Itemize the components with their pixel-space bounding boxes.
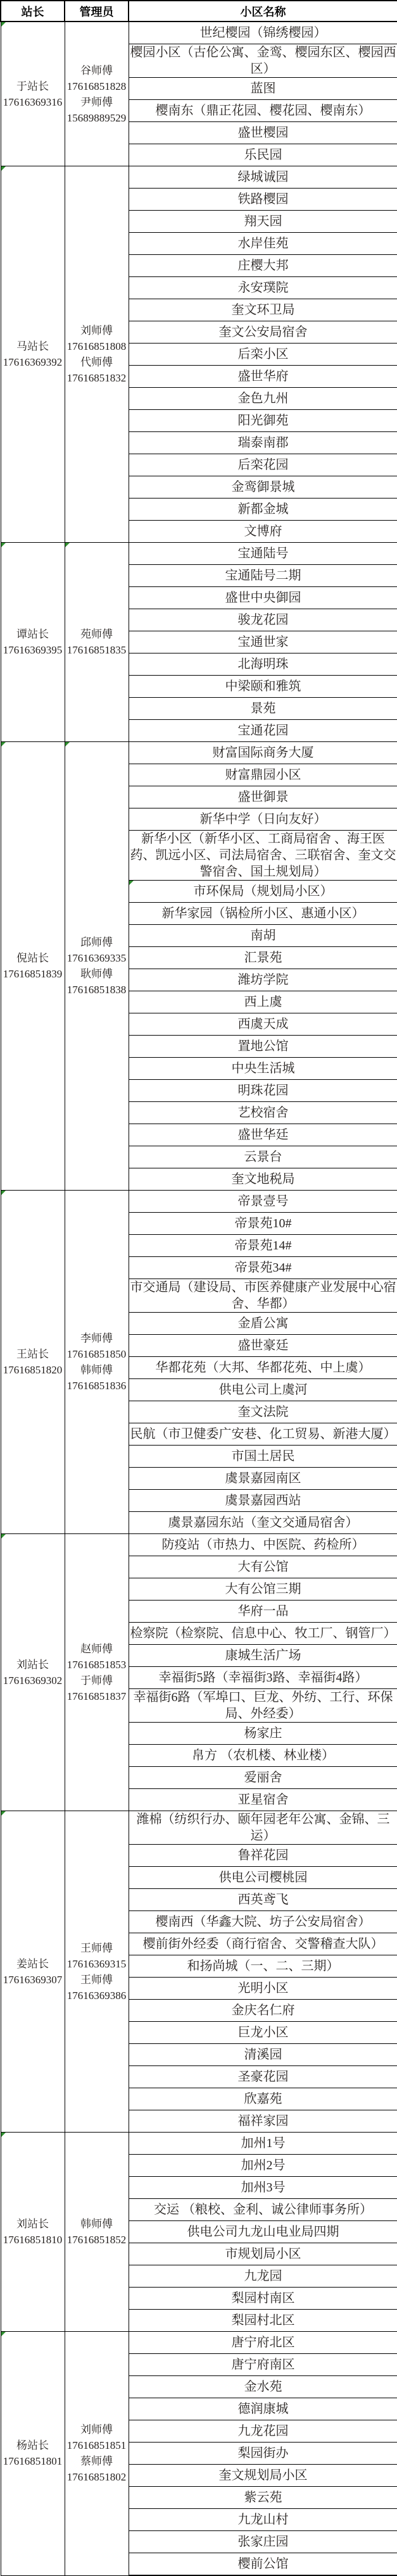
admin-name: 李师傅 bbox=[65, 1330, 129, 1346]
community-cell: 乐民园 bbox=[129, 144, 397, 166]
community-cell: 财富国际商务大厦 bbox=[129, 742, 397, 764]
stationmaster-phone: 17616851810 bbox=[1, 2232, 65, 2248]
community-cell: 光明小区 bbox=[129, 1978, 397, 2000]
admin-name: 邱师傅 bbox=[65, 934, 129, 950]
admin-cell: 苑师傅17616851835 bbox=[65, 543, 129, 742]
community-cell: 唐宁府南区 bbox=[129, 2354, 397, 2376]
community-cell: 西英鸢飞 bbox=[129, 1889, 397, 1911]
community-cell: 供电公司上虞河 bbox=[129, 1379, 397, 1401]
community-cell: 蓝图 bbox=[129, 78, 397, 100]
stationmaster-phone: 17616369307 bbox=[1, 1972, 65, 1988]
table-row: 王站长17616851820李师傅17616851850韩师傅176168518… bbox=[1, 1191, 397, 1213]
community-cell: 民航（市卫健委广安巷、化工贸易、新港大厦） bbox=[129, 1423, 397, 1446]
admin-cell: 邱师傅17616369335耿师傅17616851838 bbox=[65, 742, 129, 1191]
community-cell: 帝景苑34# bbox=[129, 1257, 397, 1279]
community-cell: 中梁颐和雅筑 bbox=[129, 676, 397, 698]
table-row: 刘站长17616369302赵师傅17616851853于师傅176168518… bbox=[1, 1534, 397, 1556]
community-cell: 福祥家园 bbox=[129, 2110, 397, 2133]
admin-phone: 17616369315 bbox=[65, 1956, 129, 1972]
admin-name: 韩师傅 bbox=[65, 2216, 129, 2232]
admin-cell: 李师傅17616851850韩师傅17616851836 bbox=[65, 1191, 129, 1534]
community-cell: 鲁祥花园 bbox=[129, 1845, 397, 1867]
station-community-table: 站长 管理员 小区名称 于站长17616369316谷师傅17616851828… bbox=[0, 0, 397, 2576]
admin-phone: 17616851852 bbox=[65, 2232, 129, 2248]
admin-cell: 谷师傅17616851828尹师傅15689889529 bbox=[65, 22, 129, 166]
community-cell: 盛世华廷 bbox=[129, 1124, 397, 1146]
community-cell: 西上虞 bbox=[129, 991, 397, 1013]
admin-phone: 17616851837 bbox=[65, 1688, 129, 1704]
community-cell: 金水苑 bbox=[129, 2376, 397, 2398]
stationmaster-phone: 17616369392 bbox=[1, 354, 65, 370]
community-cell: 清溪园 bbox=[129, 2044, 397, 2066]
green-corner-marker-icon bbox=[1, 166, 6, 171]
community-cell: 盛世樱园 bbox=[129, 122, 397, 144]
admin-name: 代师傅 bbox=[65, 354, 129, 370]
community-cell: 交运 （粮校、金利、诚公律师事务所） bbox=[129, 2199, 397, 2221]
stationmaster-name: 王站长 bbox=[1, 1346, 65, 1362]
community-cell: 翔天园 bbox=[129, 211, 397, 233]
admin-name: 于师傅 bbox=[65, 1673, 129, 1688]
stationmaster-phone: 17616851820 bbox=[1, 1362, 65, 1378]
community-cell: 潍坊学院 bbox=[129, 969, 397, 991]
community-cell: 潍棉（纺织行办、颐年园老年公寓、金锦、三运） bbox=[129, 1811, 397, 1845]
community-cell: 供电公司九龙山电业局四期 bbox=[129, 2221, 397, 2243]
stationmaster-cell: 杨站长17616851801 bbox=[1, 2332, 65, 2576]
community-cell: 阳光御苑 bbox=[129, 410, 397, 432]
stationmaster-cell: 谭站长17616369395 bbox=[1, 543, 65, 742]
community-cell: 樱南西（华鑫大院、坊子公安局宿舍） bbox=[129, 1911, 397, 1933]
community-cell: 奎文地税局 bbox=[129, 1168, 397, 1191]
community-cell: 永安璞院 bbox=[129, 277, 397, 299]
community-cell: 庄樱大邦 bbox=[129, 255, 397, 277]
admin-cell: 刘师傅17616851851蔡师傅17616851802 bbox=[65, 2332, 129, 2576]
admin-name: 王师傅 bbox=[65, 1972, 129, 1988]
header-row: 站长 管理员 小区名称 bbox=[1, 1, 397, 22]
stationmaster-phone: 17616369302 bbox=[1, 1673, 65, 1688]
community-cell: 瑞泰南郡 bbox=[129, 432, 397, 454]
community-cell: 奎文公安局宿舍 bbox=[129, 321, 397, 344]
community-cell: 文博府 bbox=[129, 521, 397, 543]
community-cell: 爱丽舍 bbox=[129, 1767, 397, 1789]
table-row: 杨站长17616851801刘师傅17616851851蔡师傅176168518… bbox=[1, 2332, 397, 2354]
community-cell: 樱前公馆 bbox=[129, 2553, 397, 2576]
community-cell: 市环保局（规划局小区） bbox=[129, 881, 397, 903]
green-corner-marker-icon bbox=[65, 742, 70, 746]
community-cell: 梨园村北区 bbox=[129, 2310, 397, 2332]
community-cell: 南胡 bbox=[129, 925, 397, 947]
community-cell: 宝通世家 bbox=[129, 631, 397, 653]
green-corner-marker-icon bbox=[1, 1191, 6, 1195]
admin-name: 韩师傅 bbox=[65, 1362, 129, 1378]
community-cell: 财富鼎园小区 bbox=[129, 764, 397, 786]
stationmaster-name: 谭站长 bbox=[1, 626, 65, 642]
community-cell: 德润康城 bbox=[129, 2398, 397, 2420]
stationmaster-cell: 刘站长17616851810 bbox=[1, 2133, 65, 2332]
community-cell: 圣豪花园 bbox=[129, 2066, 397, 2088]
community-cell: 金盾公寓 bbox=[129, 1313, 397, 1335]
admin-phone: 17616851836 bbox=[65, 1378, 129, 1394]
admin-phone: 15689889529 bbox=[65, 110, 129, 126]
admin-phone: 17616851851 bbox=[65, 2437, 129, 2453]
green-corner-marker-icon bbox=[65, 543, 70, 547]
green-corner-marker-icon bbox=[129, 881, 134, 885]
community-cell: 宝通陆号二期 bbox=[129, 565, 397, 587]
community-cell: 供电公司樱桃园 bbox=[129, 1867, 397, 1889]
stationmaster-cell: 于站长17616369316 bbox=[1, 22, 65, 166]
community-cell: 宝通花园 bbox=[129, 720, 397, 742]
community-cell: 紫云苑 bbox=[129, 2487, 397, 2509]
admin-phone: 17616851808 bbox=[65, 338, 129, 354]
stationmaster-cell: 倪站长17616851839 bbox=[1, 742, 65, 1191]
community-cell: 加州3号 bbox=[129, 2177, 397, 2199]
stationmaster-cell: 马站长17616369392 bbox=[1, 166, 65, 543]
stationmaster-phone: 17616369316 bbox=[1, 94, 65, 110]
community-cell: 西虞天成 bbox=[129, 1013, 397, 1036]
community-cell: 后栾小区 bbox=[129, 344, 397, 366]
community-cell: 奎文法院 bbox=[129, 1401, 397, 1423]
table-row: 于站长17616369316谷师傅17616851828尹师傅156898895… bbox=[1, 22, 397, 44]
admin-cell: 刘师傅17616851808代师傅17616851832 bbox=[65, 166, 129, 543]
community-cell: 中央生活城 bbox=[129, 1058, 397, 1080]
green-corner-marker-icon bbox=[1, 22, 6, 27]
community-cell: 樱园小区（古伦公寓、金鸾、樱园东区、樱园西区） bbox=[129, 44, 397, 78]
community-cell: 帝景壹号 bbox=[129, 1191, 397, 1213]
community-cell: 后栾花园 bbox=[129, 454, 397, 476]
community-cell: 北海明珠 bbox=[129, 653, 397, 676]
community-cell: 华府一品 bbox=[129, 1601, 397, 1623]
table-row: 刘站长17616851810韩师傅17616851852加州1号 bbox=[1, 2133, 397, 2155]
community-cell: 巨龙小区 bbox=[129, 2022, 397, 2044]
admin-name: 尹师傅 bbox=[65, 94, 129, 110]
green-corner-marker-icon bbox=[1, 1811, 6, 1816]
stationmaster-name: 杨站长 bbox=[1, 2437, 65, 2453]
community-cell: 加州1号 bbox=[129, 2133, 397, 2155]
community-cell: 市规划局小区 bbox=[129, 2243, 397, 2265]
community-cell: 金色九州 bbox=[129, 388, 397, 410]
community-cell: 盛世中央御园 bbox=[129, 587, 397, 609]
stationmaster-phone: 17616851801 bbox=[1, 2453, 65, 2469]
community-cell: 幸福街6路（军埠口、巨龙、外纺、工行、环保局、外经委） bbox=[129, 1689, 397, 1723]
community-cell: 水岸佳苑 bbox=[129, 233, 397, 255]
community-cell: 奎文规划局小区 bbox=[129, 2465, 397, 2487]
community-cell: 世纪樱园（锦绣樱园） bbox=[129, 22, 397, 44]
header-admin: 管理员 bbox=[65, 1, 129, 22]
community-cell: 骏龙花园 bbox=[129, 609, 397, 631]
community-cell: 樱前街外经委（商行宿舍、交警稽查大队） bbox=[129, 1933, 397, 1955]
admin-name: 王师傅 bbox=[65, 1940, 129, 1956]
community-cell: 市国土居民 bbox=[129, 1446, 397, 1468]
community-cell: 金鸾御景城 bbox=[129, 476, 397, 498]
community-cell: 和扬尚城（一、二、三期） bbox=[129, 1955, 397, 1978]
community-cell: 大有公馆三期 bbox=[129, 1578, 397, 1601]
community-cell: 亚星宿舍 bbox=[129, 1789, 397, 1811]
community-cell: 唐宁府北区 bbox=[129, 2332, 397, 2354]
stationmaster-phone: 17616851839 bbox=[1, 966, 65, 982]
stationmaster-phone: 17616369395 bbox=[1, 642, 65, 658]
admin-name: 耿师傅 bbox=[65, 966, 129, 982]
community-cell: 加州2号 bbox=[129, 2155, 397, 2177]
table-row: 马站长17616369392刘师傅17616851808代师傅176168518… bbox=[1, 166, 397, 189]
community-cell: 帛方 （农机楼、林业楼） bbox=[129, 1745, 397, 1767]
community-cell: 帝景苑10# bbox=[129, 1213, 397, 1235]
community-cell: 九龙园 bbox=[129, 2265, 397, 2288]
admin-name: 赵师傅 bbox=[65, 1641, 129, 1657]
admin-name: 谷师傅 bbox=[65, 63, 129, 78]
community-cell: 华都花苑（大邦、华都花苑、中上虞） bbox=[129, 1357, 397, 1379]
stationmaster-name: 姜站长 bbox=[1, 1956, 65, 1972]
table-row: 谭站长17616369395苑师傅17616851835宝通陆号 bbox=[1, 543, 397, 565]
admin-name: 蔡师傅 bbox=[65, 2453, 129, 2469]
stationmaster-name: 于站长 bbox=[1, 78, 65, 94]
admin-phone: 17616851838 bbox=[65, 982, 129, 998]
community-cell: 康城生活广场 bbox=[129, 1645, 397, 1667]
admin-cell: 王师傅17616369315王师傅17616369386 bbox=[65, 1811, 129, 2133]
community-cell: 欣嘉苑 bbox=[129, 2088, 397, 2110]
header-stationmaster: 站长 bbox=[1, 1, 65, 22]
community-cell: 绿城诚园 bbox=[129, 166, 397, 189]
green-corner-marker-icon bbox=[1, 2332, 6, 2336]
admin-phone: 17616851828 bbox=[65, 78, 129, 94]
admin-name: 刘师傅 bbox=[65, 2422, 129, 2437]
community-cell: 明珠花园 bbox=[129, 1080, 397, 1102]
green-corner-marker-icon bbox=[1, 1534, 6, 1539]
admin-phone: 17616851835 bbox=[65, 642, 129, 658]
community-cell: 新都金城 bbox=[129, 498, 397, 521]
stationmaster-cell: 刘站长17616369302 bbox=[1, 1534, 65, 1811]
community-cell: 九龙山村 bbox=[129, 2509, 397, 2531]
community-cell: 市交通局（建设局、市医养健康产业发展中心宿舍、华都） bbox=[129, 1279, 397, 1313]
community-cell: 防疫站（市热力、中医院、药检所） bbox=[129, 1534, 397, 1556]
community-cell: 樱南东（鼎正花园、樱花园、樱南东） bbox=[129, 100, 397, 122]
admin-name: 苑师傅 bbox=[65, 626, 129, 642]
community-cell: 新华中学（日向友好） bbox=[129, 808, 397, 831]
stationmaster-name: 倪站长 bbox=[1, 950, 65, 966]
community-cell: 盛世御景 bbox=[129, 786, 397, 808]
community-cell: 检察院（检察院、信息中心、牧工厂、钢管厂） bbox=[129, 1623, 397, 1645]
community-cell: 梨园街办 bbox=[129, 2443, 397, 2465]
community-cell: 盛世华府 bbox=[129, 366, 397, 388]
header-community-name: 小区名称 bbox=[129, 1, 397, 22]
community-cell: 梨园村南区 bbox=[129, 2288, 397, 2310]
community-cell: 新华小区（新华小区、工商局宿舍 、海王医药、凯远小区、司法局宿舍、三联宿舍、奎文… bbox=[129, 831, 397, 881]
green-corner-marker-icon bbox=[1, 2133, 6, 2137]
table-body: 于站长17616369316谷师傅17616851828尹师傅156898895… bbox=[1, 22, 397, 2575]
community-cell: 宝通陆号 bbox=[129, 543, 397, 565]
admin-phone: 17616851850 bbox=[65, 1346, 129, 1362]
community-cell: 幸福街5路（幸福街3路、幸福街4路） bbox=[129, 1667, 397, 1689]
community-cell: 置地公馆 bbox=[129, 1036, 397, 1058]
stationmaster-cell: 王站长17616851820 bbox=[1, 1191, 65, 1534]
community-cell: 九龙花园 bbox=[129, 2420, 397, 2443]
community-cell: 景苑 bbox=[129, 698, 397, 720]
table-row: 姜站长17616369307王师傅17616369315王师傅176163693… bbox=[1, 1811, 397, 1845]
community-cell: 虞景嘉园西站 bbox=[129, 1490, 397, 1512]
admin-phone: 17616369386 bbox=[65, 1988, 129, 2003]
community-cell: 帝景苑14# bbox=[129, 1235, 397, 1257]
admin-name: 刘师傅 bbox=[65, 323, 129, 338]
community-cell: 铁路樱园 bbox=[129, 189, 397, 211]
green-corner-marker-icon bbox=[1, 742, 6, 746]
stationmaster-name: 马站长 bbox=[1, 338, 65, 354]
community-cell: 张家庄园 bbox=[129, 2531, 397, 2553]
admin-cell: 赵师傅17616851853于师傅17616851837 bbox=[65, 1534, 129, 1811]
community-cell: 杨家庄 bbox=[129, 1723, 397, 1745]
community-cell: 奎文环卫局 bbox=[129, 299, 397, 321]
green-corner-marker-icon bbox=[1, 543, 6, 547]
table-row: 倪站长17616851839邱师傅17616369335耿师傅176168518… bbox=[1, 742, 397, 764]
admin-phone: 17616369335 bbox=[65, 950, 129, 966]
community-cell: 新华家园（锅检所小区、惠通小区） bbox=[129, 903, 397, 925]
community-cell: 虞景嘉园东站（奎文交通局宿舍） bbox=[129, 1512, 397, 1534]
community-cell: 云景台 bbox=[129, 1146, 397, 1168]
admin-cell: 韩师傅17616851852 bbox=[65, 2133, 129, 2332]
community-cell: 汇景苑 bbox=[129, 947, 397, 969]
community-cell: 盛世豪廷 bbox=[129, 1335, 397, 1357]
stationmaster-name: 刘站长 bbox=[1, 1657, 65, 1673]
admin-phone: 17616851853 bbox=[65, 1657, 129, 1673]
admin-phone: 17616851802 bbox=[65, 2469, 129, 2485]
community-cell: 艺校宿舍 bbox=[129, 1102, 397, 1124]
community-cell: 大有公馆 bbox=[129, 1556, 397, 1578]
community-cell: 金庆名仁府 bbox=[129, 2000, 397, 2022]
admin-phone: 17616851832 bbox=[65, 370, 129, 386]
stationmaster-cell: 姜站长17616369307 bbox=[1, 1811, 65, 2133]
stationmaster-name: 刘站长 bbox=[1, 2216, 65, 2232]
community-cell: 虞景嘉园南区 bbox=[129, 1468, 397, 1490]
